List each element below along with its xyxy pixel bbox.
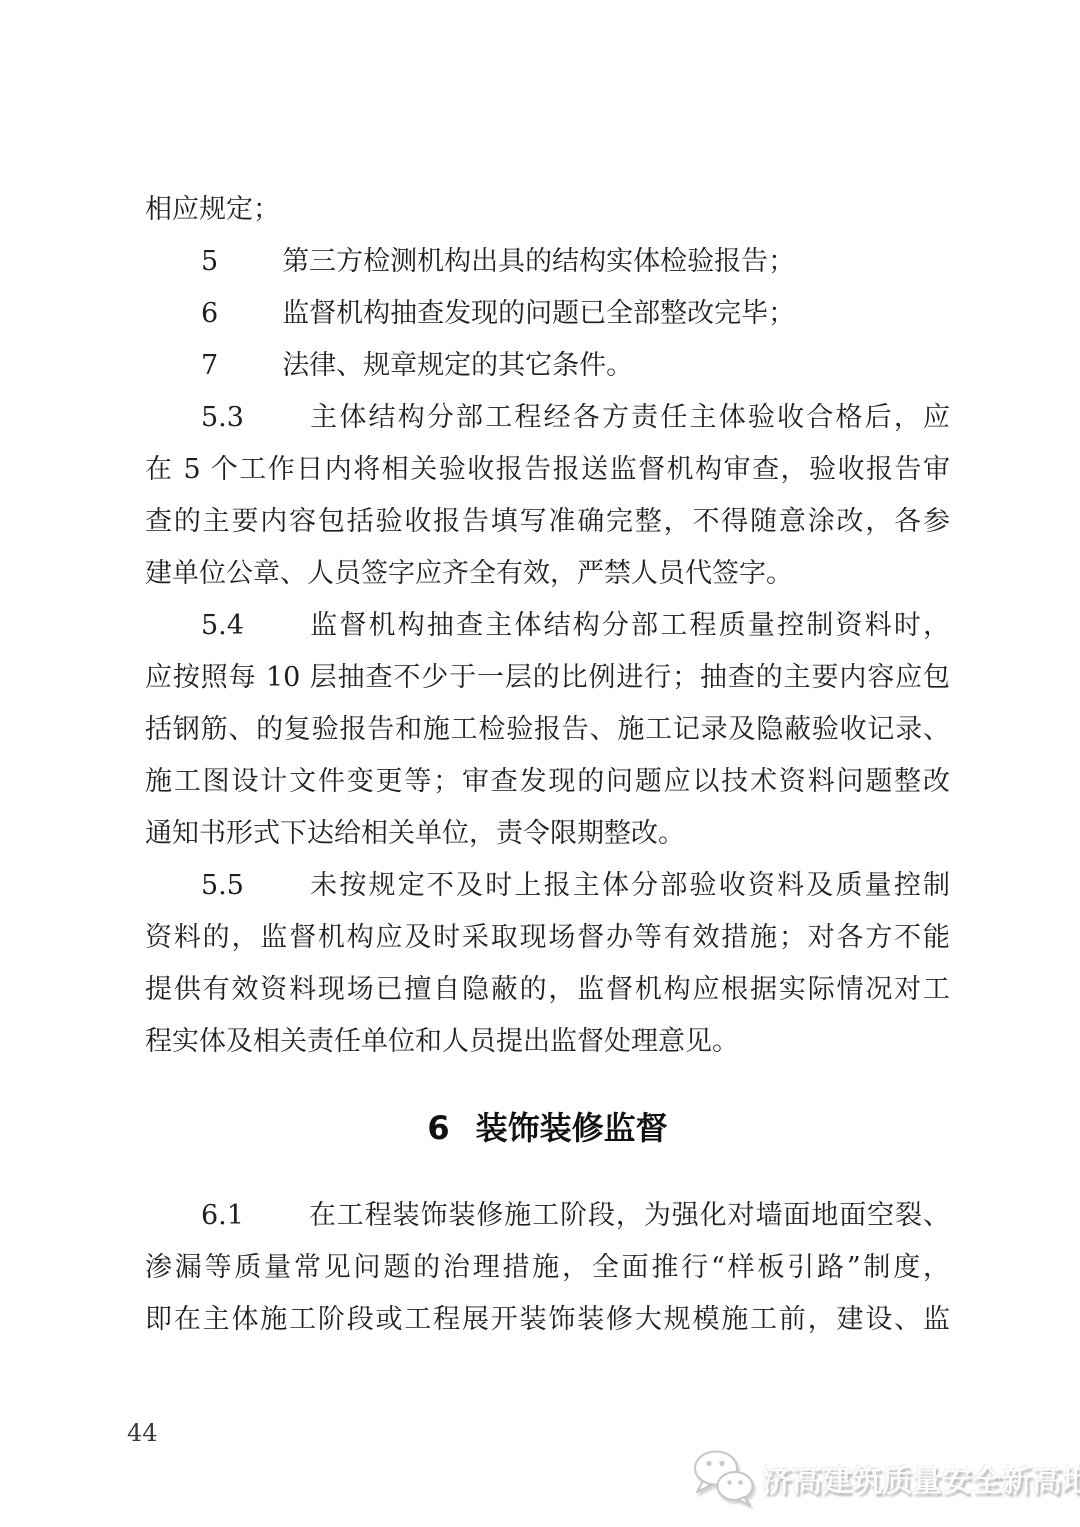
body-line: 在 5 个工作日内将相关验收报告报送监督机构审查，验收报告审 — [145, 444, 950, 496]
section-heading: 6装饰装修监督 — [145, 1102, 950, 1154]
line-text: 监督机构抽查发现的问题已全部整改完毕； — [282, 298, 795, 329]
line-text: 第三方检测机构出具的结构实体检验报告； — [282, 246, 795, 277]
body-line: 资料的，监督机构应及时采取现场督办等有效措施；对各方不能 — [145, 912, 950, 964]
line-text: 未按规定不及时上报主体分部验收资料及质量控制 — [308, 870, 950, 901]
section-heading-number: 6 — [427, 1109, 449, 1147]
body-line: 施工图设计文件变更等；审查发现的问题应以技术资料问题整改 — [145, 756, 950, 808]
body-line: 应按照每 10 层抽查不少于一层的比例进行；抽查的主要内容应包 — [145, 652, 950, 704]
paragraph-number: 5.3 — [201, 392, 244, 444]
number-text-gap — [218, 373, 282, 374]
paragraph-number: 5.5 — [201, 860, 244, 912]
line-text: 法律、规章规定的其它条件。 — [282, 350, 633, 381]
heading-gap — [450, 1138, 476, 1139]
list-item-line: 7法律、规章规定的其它条件。 — [145, 340, 950, 392]
number-text-gap — [218, 269, 282, 270]
list-item-number: 6 — [201, 288, 218, 340]
page-number: 44 — [127, 1419, 158, 1447]
body-line: 6.1在工程装饰装修施工阶段，为强化对墙面地面空裂、 — [145, 1190, 950, 1242]
watermark-text: 济高建筑质量安全新高地 — [762, 1456, 1080, 1500]
body-line: 提供有效资料现场已擅自隐蔽的，监督机构应根据实际情况对工 — [145, 964, 950, 1016]
number-text-gap — [244, 1223, 308, 1224]
page-body: 相应规定；5第三方检测机构出具的结构实体检验报告；6监督机构抽查发现的问题已全部… — [145, 184, 950, 1346]
body-line: 程实体及相关责任单位和人员提出监督处理意见。 — [145, 1016, 950, 1068]
paragraph-number: 6.1 — [201, 1190, 244, 1242]
section-heading-text: 装饰装修监督 — [476, 1109, 668, 1147]
line-text: 在工程装饰装修施工阶段，为强化对墙面地面空裂、 — [308, 1200, 950, 1231]
wechat-icon — [692, 1449, 756, 1507]
number-text-gap — [244, 633, 308, 634]
body-line: 5.3主体结构分部工程经各方责任主体验收合格后，应 — [145, 392, 950, 444]
body-line: 查的主要内容包括验收报告填写准确完整，不得随意涂改，各参 — [145, 496, 950, 548]
body-line: 括钢筋、的复验报告和施工检验报告、施工记录及隐蔽验收记录、 — [145, 704, 950, 756]
watermark: 济高建筑质量安全新高地 — [692, 1445, 1080, 1511]
list-item-number: 5 — [201, 236, 218, 288]
body-line: 5.5未按规定不及时上报主体分部验收资料及质量控制 — [145, 860, 950, 912]
list-item-line: 6监督机构抽查发现的问题已全部整改完毕； — [145, 288, 950, 340]
body-line: 建单位公章、人员签字应齐全有效，严禁人员代签字。 — [145, 548, 950, 600]
number-text-gap — [244, 425, 308, 426]
body-line: 渗漏等质量常见问题的治理措施，全面推行“样板引路”制度， — [145, 1242, 950, 1294]
line-text: 主体结构分部工程经各方责任主体验收合格后，应 — [308, 402, 950, 433]
body-line: 相应规定； — [145, 184, 950, 236]
paragraph-number: 5.4 — [201, 600, 244, 652]
body-line: 即在主体施工阶段或工程展开装饰装修大规模施工前，建设、监 — [145, 1294, 950, 1346]
list-item-number: 7 — [201, 340, 218, 392]
line-text: 监督机构抽查主体结构分部工程质量控制资料时， — [308, 610, 950, 641]
document-page: 相应规定；5第三方检测机构出具的结构实体检验报告；6监督机构抽查发现的问题已全部… — [0, 0, 1080, 1527]
body-line: 5.4监督机构抽查主体结构分部工程质量控制资料时， — [145, 600, 950, 652]
body-line: 通知书形式下达给相关单位，责令限期整改。 — [145, 808, 950, 860]
list-item-line: 5第三方检测机构出具的结构实体检验报告； — [145, 236, 950, 288]
number-text-gap — [218, 321, 282, 322]
number-text-gap — [244, 893, 308, 894]
